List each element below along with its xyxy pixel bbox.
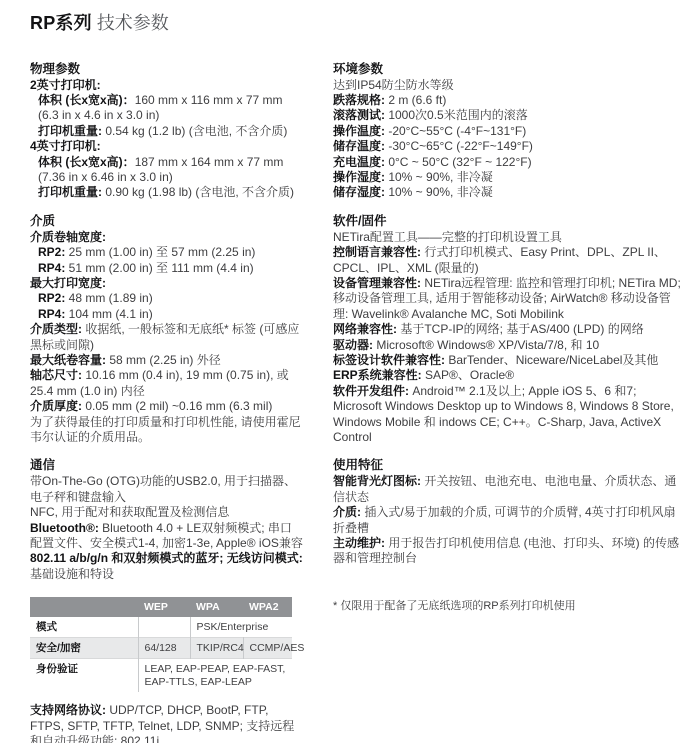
section-usage-title: 使用特征 — [333, 455, 683, 473]
table-header-wep: WEP — [138, 597, 190, 617]
page-title: RP系列技术参数 — [30, 12, 683, 35]
spec-value: 25 mm (1.00 in) 至 57 mm (2.25 in) — [65, 245, 255, 259]
spec-value: 基础设施和特设 — [30, 567, 114, 581]
section-physical-title: 物理参数 — [30, 59, 303, 77]
spec-line: 带On-The-Go (OTG)功能的USB2.0, 用于扫描器、电子秤和键盘输… — [30, 474, 303, 505]
section-software: 软件/固件 NETira配置工具——完整的打印机设置工具控制语言兼容性: 行式打… — [333, 211, 683, 446]
cell-security-wpa: TKIP/RC4 — [190, 638, 243, 659]
spec-line: 网络兼容性: 基于TCP-IP的网络; 基于AS/400 (LPD) 的网络 — [333, 322, 683, 337]
spec-line: 体积 (长x宽x高)：187 mm x 164 mm x 77 mm (7.36… — [30, 155, 303, 186]
spec-label: Bluetooth®: — [30, 521, 99, 535]
spec-label: 4英寸打印机: — [30, 139, 101, 153]
spec-label: 打印机重量: — [38, 124, 102, 138]
spec-label: 驱动器: — [333, 338, 373, 352]
spec-value: NETira配置工具——完整的打印机设置工具 — [333, 230, 562, 244]
spec-value: 0.05 mm (2 mil) ~0.16 mm (6.3 mil) — [82, 399, 272, 413]
spec-value: NFC, 用于配对和获取配置及检测信息 — [30, 505, 229, 519]
spec-line: 打印机重量: 0.90 kg (1.98 lb) (含电池, 不含介质) — [30, 185, 303, 200]
spec-line: 跌落规格: 2 m (6.6 ft) — [333, 93, 683, 108]
spec-line: 最大纸卷容量: 58 mm (2.25 in) 外径 — [30, 353, 303, 368]
cell-security-wpa2: CCMP/AES — [243, 638, 292, 659]
spec-label: 跌落规格: — [333, 93, 385, 107]
spec-line: 介质卷轴宽度: — [30, 230, 303, 245]
title-suffix: 技术参数 — [97, 13, 169, 33]
spec-label: 介质类型: — [30, 322, 82, 336]
row-label: 模式 — [30, 617, 138, 638]
right-column: 环境参数 达到IP54防尘防水等级跌落规格: 2 m (6.6 ft)滚落测试:… — [333, 59, 683, 743]
spec-line: 智能背光灯图标: 开关按钮、电池充电、电池电量、介质状态、通信状态 — [333, 474, 683, 505]
spec-value: -30°C~65°C (-22°F~149°F) — [385, 139, 533, 153]
spec-value: 为了获得最佳的打印质量和打印机性能, 请使用霍尼韦尔认证的介质用品。 — [30, 415, 301, 444]
spec-line: Bluetooth®: Bluetooth 4.0 + LE双射频模式; 串口配… — [30, 521, 303, 552]
spec-label: 标签设计软件兼容性: — [333, 353, 445, 367]
spec-label: RP4: — [38, 261, 65, 275]
cell-mode-wpa-wpa2: PSK/Enterprise — [190, 617, 292, 638]
table-row-security: 安全/加密 64/128 TKIP/RC4 CCMP/AES — [30, 638, 292, 659]
spec-line: ERP系统兼容性: SAP®、Oracle® — [333, 368, 683, 383]
spec-line: 达到IP54防尘防水等级 — [333, 78, 683, 93]
spec-line: RP2: 48 mm (1.89 in) — [30, 291, 303, 306]
spec-label: 打印机重量: — [38, 185, 102, 199]
spec-label: 储存温度: — [333, 139, 385, 153]
table-header-wpa2: WPA2 — [243, 597, 292, 617]
network-protocols-label: 支持网络协议: — [30, 703, 106, 717]
section-physical-body: 2英寸打印机:体积 (长x宽x高)：160 mm x 116 mm x 77 m… — [30, 78, 303, 201]
spec-label: RP2: — [38, 245, 65, 259]
spec-value: 1000次0.5米范围内的滚落 — [385, 108, 528, 122]
section-communication-title: 通信 — [30, 455, 303, 473]
table-row-auth: 身份验证 LEAP, EAP-PEAP, EAP-FAST, EAP-TTLS,… — [30, 659, 292, 693]
spec-value: 10% ~ 90%, 非冷凝 — [385, 170, 493, 184]
spec-line: NFC, 用于配对和获取配置及检测信息 — [30, 505, 303, 520]
spec-label: 体积 (长x宽x高)： — [38, 155, 135, 169]
spec-line: 主动维护: 用于报告打印机使用信息 (电池、打印头、环境) 的传感器和管理控制台 — [333, 536, 683, 567]
spec-line: 控制语言兼容性: 行式打印机模式、Easy Print、DPL、ZPL II、C… — [333, 245, 683, 276]
left-column: 物理参数 2英寸打印机:体积 (长x宽x高)：160 mm x 116 mm x… — [30, 59, 303, 743]
spec-label: 最大打印宽度: — [30, 276, 106, 290]
spec-value: 插入式/易于加载的介质, 可调节的介质臂, 4英寸打印机风扇折叠槽 — [333, 505, 676, 534]
section-physical: 物理参数 2英寸打印机:体积 (长x宽x高)：160 mm x 116 mm x… — [30, 59, 303, 201]
spec-label: RP4: — [38, 307, 65, 321]
spec-label: 软件开发组件: — [333, 384, 409, 398]
spec-label: 介质厚度: — [30, 399, 82, 413]
spec-label: 充电温度: — [333, 155, 385, 169]
section-environment-body: 达到IP54防尘防水等级跌落规格: 2 m (6.6 ft)滚落测试: 1000… — [333, 78, 683, 201]
spec-label: 轴芯尺寸: — [30, 368, 82, 382]
section-environment: 环境参数 达到IP54防尘防水等级跌落规格: 2 m (6.6 ft)滚落测试:… — [333, 59, 683, 201]
spec-line: 操作温度: -20°C~55°C (-4°F~131°F) — [333, 124, 683, 139]
spec-line: 储存湿度: 10% ~ 90%, 非冷凝 — [333, 185, 683, 200]
footnote: * 仅限用于配备了无底纸选项的RP系列打印机使用 — [333, 599, 683, 613]
section-media: 介质 介质卷轴宽度:RP2: 25 mm (1.00 in) 至 57 mm (… — [30, 211, 303, 446]
spec-value: 104 mm (4.1 in) — [65, 307, 152, 321]
spec-value: SAP®、Oracle® — [422, 368, 514, 382]
spec-value: 48 mm (1.89 in) — [65, 291, 152, 305]
table-header-wpa: WPA — [190, 597, 243, 617]
network-protocols: 支持网络协议: UDP/TCP, DHCP, BootP, FTP, FTPS,… — [30, 703, 303, 743]
cell-mode-wep — [138, 617, 190, 638]
spec-line: 设备管理兼容性: NETira远程管理: 监控和管理打印机; NETira MD… — [333, 276, 683, 322]
spec-line: 充电温度: 0°C ~ 50°C (32°F ~ 122°F) — [333, 155, 683, 170]
spec-value: -20°C~55°C (-4°F~131°F) — [385, 124, 526, 138]
spec-line: 轴芯尺寸: 10.16 mm (0.4 in), 19 mm (0.75 in)… — [30, 368, 303, 399]
spec-label: 介质: — [333, 505, 361, 519]
section-communication-body: 带On-The-Go (OTG)功能的USB2.0, 用于扫描器、电子秤和键盘输… — [30, 474, 303, 582]
series-name: RP系列 — [30, 13, 92, 33]
spec-label: 操作温度: — [333, 124, 385, 138]
table-header-row: WEP WPA WPA2 — [30, 597, 292, 617]
spec-value: 0°C ~ 50°C (32°F ~ 122°F) — [385, 155, 532, 169]
spec-value: 带On-The-Go (OTG)功能的USB2.0, 用于扫描器、电子秤和键盘输… — [30, 474, 296, 503]
row-label: 身份验证 — [30, 659, 138, 693]
spec-label: 设备管理兼容性: — [333, 276, 421, 290]
spec-line: 储存温度: -30°C~65°C (-22°F~149°F) — [333, 139, 683, 154]
spec-value: Microsoft® Windows® XP/Vista/7/8, 和 10 — [373, 338, 599, 352]
spec-line: 为了获得最佳的打印质量和打印机性能, 请使用霍尼韦尔认证的介质用品。 — [30, 415, 303, 446]
spec-line: 操作湿度: 10% ~ 90%, 非冷凝 — [333, 170, 683, 185]
table-header-empty — [30, 597, 138, 617]
spec-line: 标签设计软件兼容性: BarTender、Niceware/NiceLabel及… — [333, 353, 683, 368]
spec-line: RP2: 25 mm (1.00 in) 至 57 mm (2.25 in) — [30, 245, 303, 260]
row-label: 安全/加密 — [30, 638, 138, 659]
section-software-title: 软件/固件 — [333, 211, 683, 229]
spec-label: 网络兼容性: — [333, 322, 397, 336]
section-media-body: 介质卷轴宽度:RP2: 25 mm (1.00 in) 至 57 mm (2.2… — [30, 230, 303, 446]
spec-line: 介质厚度: 0.05 mm (2 mil) ~0.16 mm (6.3 mil) — [30, 399, 303, 414]
section-usage: 使用特征 智能背光灯图标: 开关按钮、电池充电、电池电量、介质状态、通信状态介质… — [333, 455, 683, 566]
spec-line: 驱动器: Microsoft® Windows® XP/Vista/7/8, 和… — [333, 338, 683, 353]
spec-label: 智能背光灯图标: — [333, 474, 421, 488]
spec-line: 打印机重量: 0.54 kg (1.2 lb) (含电池, 不含介质) — [30, 124, 303, 139]
section-software-body: NETira配置工具——完整的打印机设置工具控制语言兼容性: 行式打印机模式、E… — [333, 230, 683, 446]
spec-line: 最大打印宽度: — [30, 276, 303, 291]
spec-value: 51 mm (2.00 in) 至 111 mm (4.4 in) — [65, 261, 253, 275]
spec-label: 802.11 a/b/g/n 和双射频模式的蓝牙; 无线访问模式: — [30, 551, 303, 565]
spec-line: 体积 (长x宽x高)：160 mm x 116 mm x 77 mm (6.3 … — [30, 93, 303, 124]
cell-auth-all: LEAP, EAP-PEAP, EAP-FAST, EAP-TTLS, EAP-… — [138, 659, 292, 693]
spec-label: RP2: — [38, 291, 65, 305]
table-row-mode: 模式 PSK/Enterprise — [30, 617, 292, 638]
spec-value: 2 m (6.6 ft) — [385, 93, 446, 107]
spec-label: 体积 (长x宽x高)： — [38, 93, 135, 107]
spec-line: 软件开发组件: Android™ 2.1及以上; Apple iOS 5、6 和… — [333, 384, 683, 446]
spec-value: 基于TCP-IP的网络; 基于AS/400 (LPD) 的网络 — [397, 322, 644, 336]
spec-value: 10% ~ 90%, 非冷凝 — [385, 185, 493, 199]
datasheet-page: RP系列技术参数 物理参数 2英寸打印机:体积 (长x宽x高)：160 mm x… — [0, 0, 691, 743]
wifi-security-table: WEP WPA WPA2 模式 PSK/Enterprise 安全/加密 64/… — [30, 597, 292, 692]
section-communication: 通信 带On-The-Go (OTG)功能的USB2.0, 用于扫描器、电子秤和… — [30, 455, 303, 582]
spec-label: 操作湿度: — [333, 170, 385, 184]
spec-line: 4英寸打印机: — [30, 139, 303, 154]
section-media-title: 介质 — [30, 211, 303, 229]
section-environment-title: 环境参数 — [333, 59, 683, 77]
spec-label: 滚落测试: — [333, 108, 385, 122]
spec-line: 滚落测试: 1000次0.5米范围内的滚落 — [333, 108, 683, 123]
spec-label: 介质卷轴宽度: — [30, 230, 106, 244]
spec-value: BarTender、Niceware/NiceLabel及其他 — [445, 353, 658, 367]
spec-line: 802.11 a/b/g/n 和双射频模式的蓝牙; 无线访问模式: 基础设施和特… — [30, 551, 303, 582]
spec-label: 最大纸卷容量: — [30, 353, 106, 367]
spec-label: 2英寸打印机: — [30, 78, 101, 92]
spec-value: 0.54 kg (1.2 lb) (含电池, 不含介质) — [102, 124, 287, 138]
spec-line: 介质: 插入式/易于加载的介质, 可调节的介质臂, 4英寸打印机风扇折叠槽 — [333, 505, 683, 536]
spec-label: 控制语言兼容性: — [333, 245, 421, 259]
spec-line: 2英寸打印机: — [30, 78, 303, 93]
spec-line: RP4: 104 mm (4.1 in) — [30, 307, 303, 322]
spec-line: NETira配置工具——完整的打印机设置工具 — [333, 230, 683, 245]
spec-label: ERP系统兼容性: — [333, 368, 422, 382]
spec-value: 0.90 kg (1.98 lb) (含电池, 不含介质) — [102, 185, 294, 199]
spec-value: 达到IP54防尘防水等级 — [333, 78, 454, 92]
two-column-layout: 物理参数 2英寸打印机:体积 (长x宽x高)：160 mm x 116 mm x… — [30, 59, 683, 743]
spec-value: 58 mm (2.25 in) 外径 — [106, 353, 221, 367]
spec-label: 主动维护: — [333, 536, 385, 550]
cell-security-wep: 64/128 — [138, 638, 190, 659]
spec-value: 用于报告打印机使用信息 (电池、打印头、环境) 的传感器和管理控制台 — [333, 536, 679, 565]
spec-line: RP4: 51 mm (2.00 in) 至 111 mm (4.4 in) — [30, 261, 303, 276]
spec-line: 介质类型: 收据纸, 一般标签和无底纸* 标签 (可感应黑标或间隙) — [30, 322, 303, 353]
spec-label: 储存湿度: — [333, 185, 385, 199]
section-usage-body: 智能背光灯图标: 开关按钮、电池充电、电池电量、介质状态、通信状态介质: 插入式… — [333, 474, 683, 566]
